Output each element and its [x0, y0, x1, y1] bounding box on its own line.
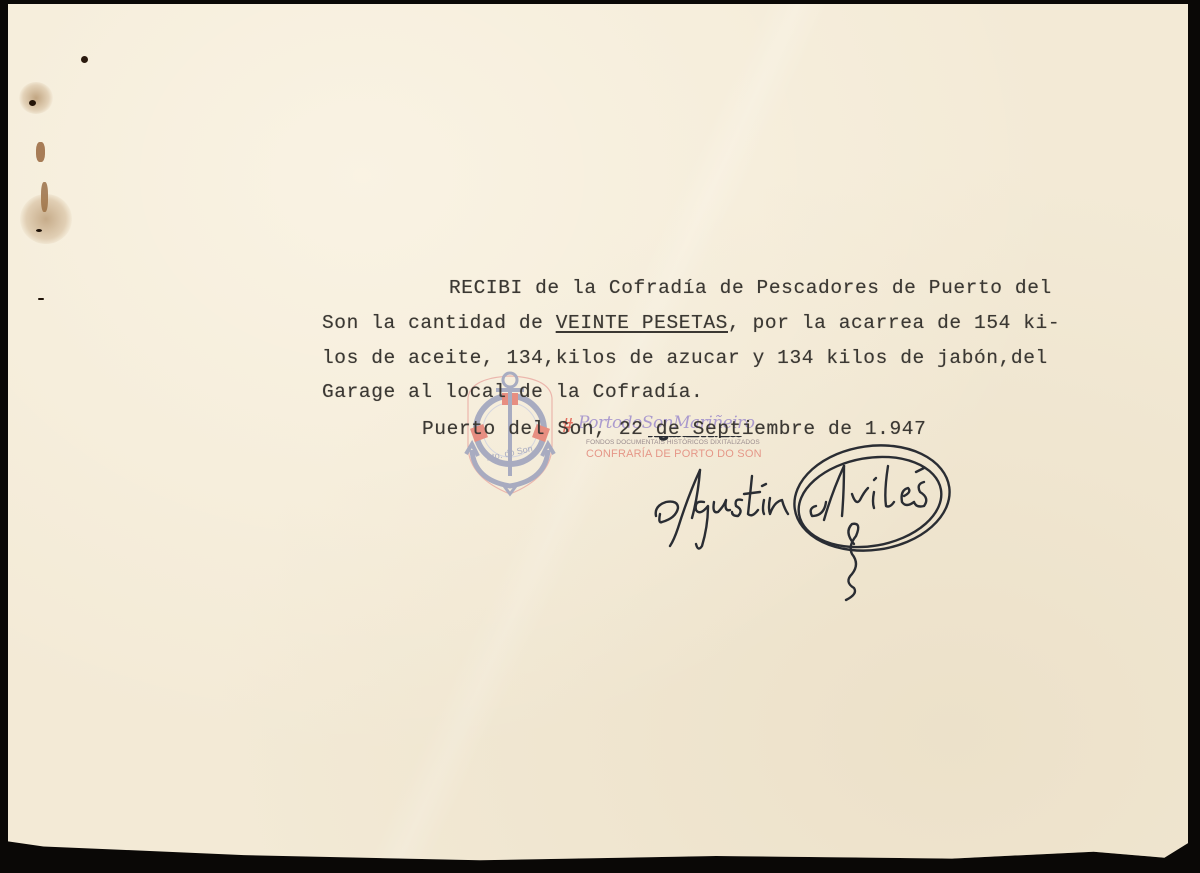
rust-stain [36, 142, 45, 162]
amount-words: VEINTE PESETAS [556, 312, 728, 334]
receipt-line-2: Son la cantidad de VEINTE PESETAS, por l… [322, 312, 1060, 334]
receipt-line-2-suffix: , por la acarrea de 154 ki- [728, 312, 1060, 334]
handwritten-signature: Agustín Avilés [648, 436, 958, 604]
receipt-line-4: Garage al local de la Cofradía. [322, 381, 703, 403]
punch-hole-mark [81, 56, 88, 63]
punch-hole-mark [29, 100, 36, 106]
ink-mark [38, 298, 44, 300]
receipt-line-3: los de aceite, 134,kilos de azucar y 134… [322, 347, 1048, 369]
rust-stain [20, 194, 72, 244]
receipt-line-1: RECIBI de la Cofradía de Pescadores de P… [449, 277, 1052, 299]
punch-hole-mark [36, 229, 42, 232]
receipt-line-2-prefix: Son la cantidad de [322, 312, 556, 334]
rust-stain [19, 82, 53, 114]
signature-text: Agustín Avilés [648, 436, 742, 440]
